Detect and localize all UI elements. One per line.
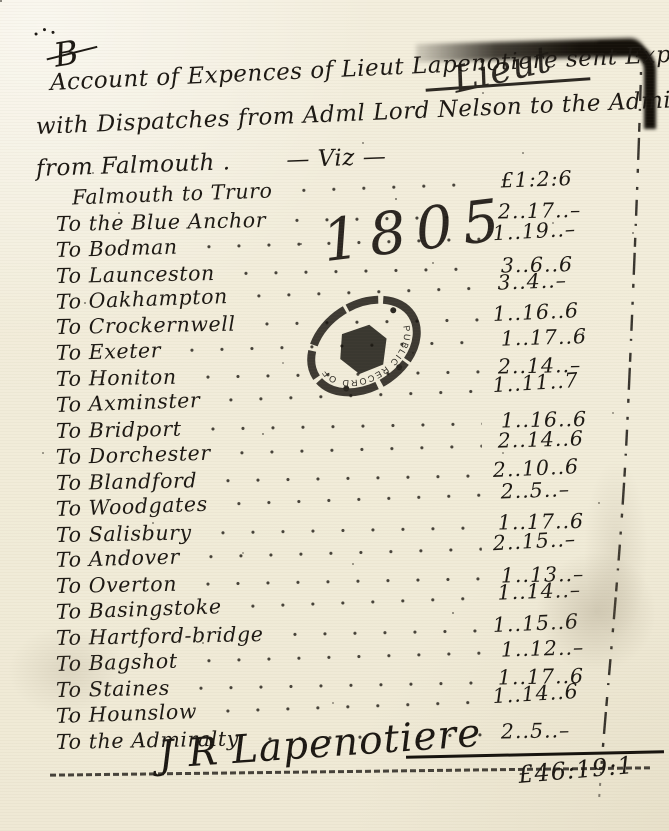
- title-line3-prefix: from Falmouth .: [36, 149, 231, 182]
- dotted-leader: [233, 592, 482, 613]
- place-name: To Exeter: [56, 338, 162, 365]
- place-name: To Overton: [56, 572, 177, 598]
- document-title-line2: with Dispatches from Adml Lord Nelson to…: [35, 85, 669, 140]
- place-name: To Hounslow: [56, 699, 198, 728]
- place-name: To Hartford-bridge: [56, 622, 264, 650]
- amount-value: £1:2:6: [500, 165, 611, 193]
- amount-value: 2..5..–: [501, 717, 611, 743]
- place-name: To the Blue Anchor: [56, 208, 267, 236]
- amount-value: 1..12..–: [500, 635, 611, 662]
- amount-value: 1..16..6: [492, 298, 603, 327]
- dotted-leader: [223, 440, 482, 459]
- amount-value: 1..15..6: [492, 608, 603, 637]
- amount-value: 3..4..–: [497, 266, 608, 294]
- dotted-leader: [275, 625, 482, 641]
- place-name: To Basingstoke: [56, 594, 222, 624]
- place-name: To Honiton: [56, 365, 177, 391]
- place-name: To Blandford: [56, 468, 198, 495]
- amount-value: 1..14..–: [497, 577, 608, 605]
- place-name: To Bodman: [56, 234, 178, 261]
- place-name: Falmouth to Truro: [56, 178, 273, 210]
- place-name: To Woodgates: [56, 491, 209, 520]
- document-page: B Account of Expences of Lieut Lapenotie…: [0, 0, 669, 831]
- amount-value: 2..14..6: [497, 426, 608, 453]
- place-name: To Bagshot: [56, 649, 178, 676]
- amount-value: 1..11..7: [492, 367, 603, 398]
- place-name: To Crockernwell: [56, 312, 236, 339]
- place-name: To Bridport: [56, 417, 182, 443]
- place-name: To Andover: [56, 545, 181, 572]
- place-name: To Staines: [56, 676, 170, 702]
- place-name: To Dorchester: [56, 441, 211, 469]
- dotted-leader: [204, 521, 482, 538]
- title-viz-label: — Viz —: [286, 144, 387, 173]
- title-gap: [231, 167, 287, 169]
- amount-value: 1..17..6: [500, 324, 611, 351]
- document-title-line1: Account of Expences of Lieut Lapenotiere…: [49, 40, 669, 96]
- ink-specks: [0, 0, 2, 2]
- place-name: To Salisbury: [56, 520, 192, 547]
- dotted-leader: [220, 489, 482, 510]
- total-amount: £46:19:1: [517, 751, 635, 789]
- amount-value: 2..15..–: [492, 526, 603, 556]
- dotted-leader: [189, 647, 482, 667]
- place-name: To Axminster: [56, 388, 201, 417]
- amount-value: 2..5..–: [500, 475, 611, 503]
- dotted-leader: [192, 544, 482, 564]
- place-name: To Launceston: [56, 261, 215, 288]
